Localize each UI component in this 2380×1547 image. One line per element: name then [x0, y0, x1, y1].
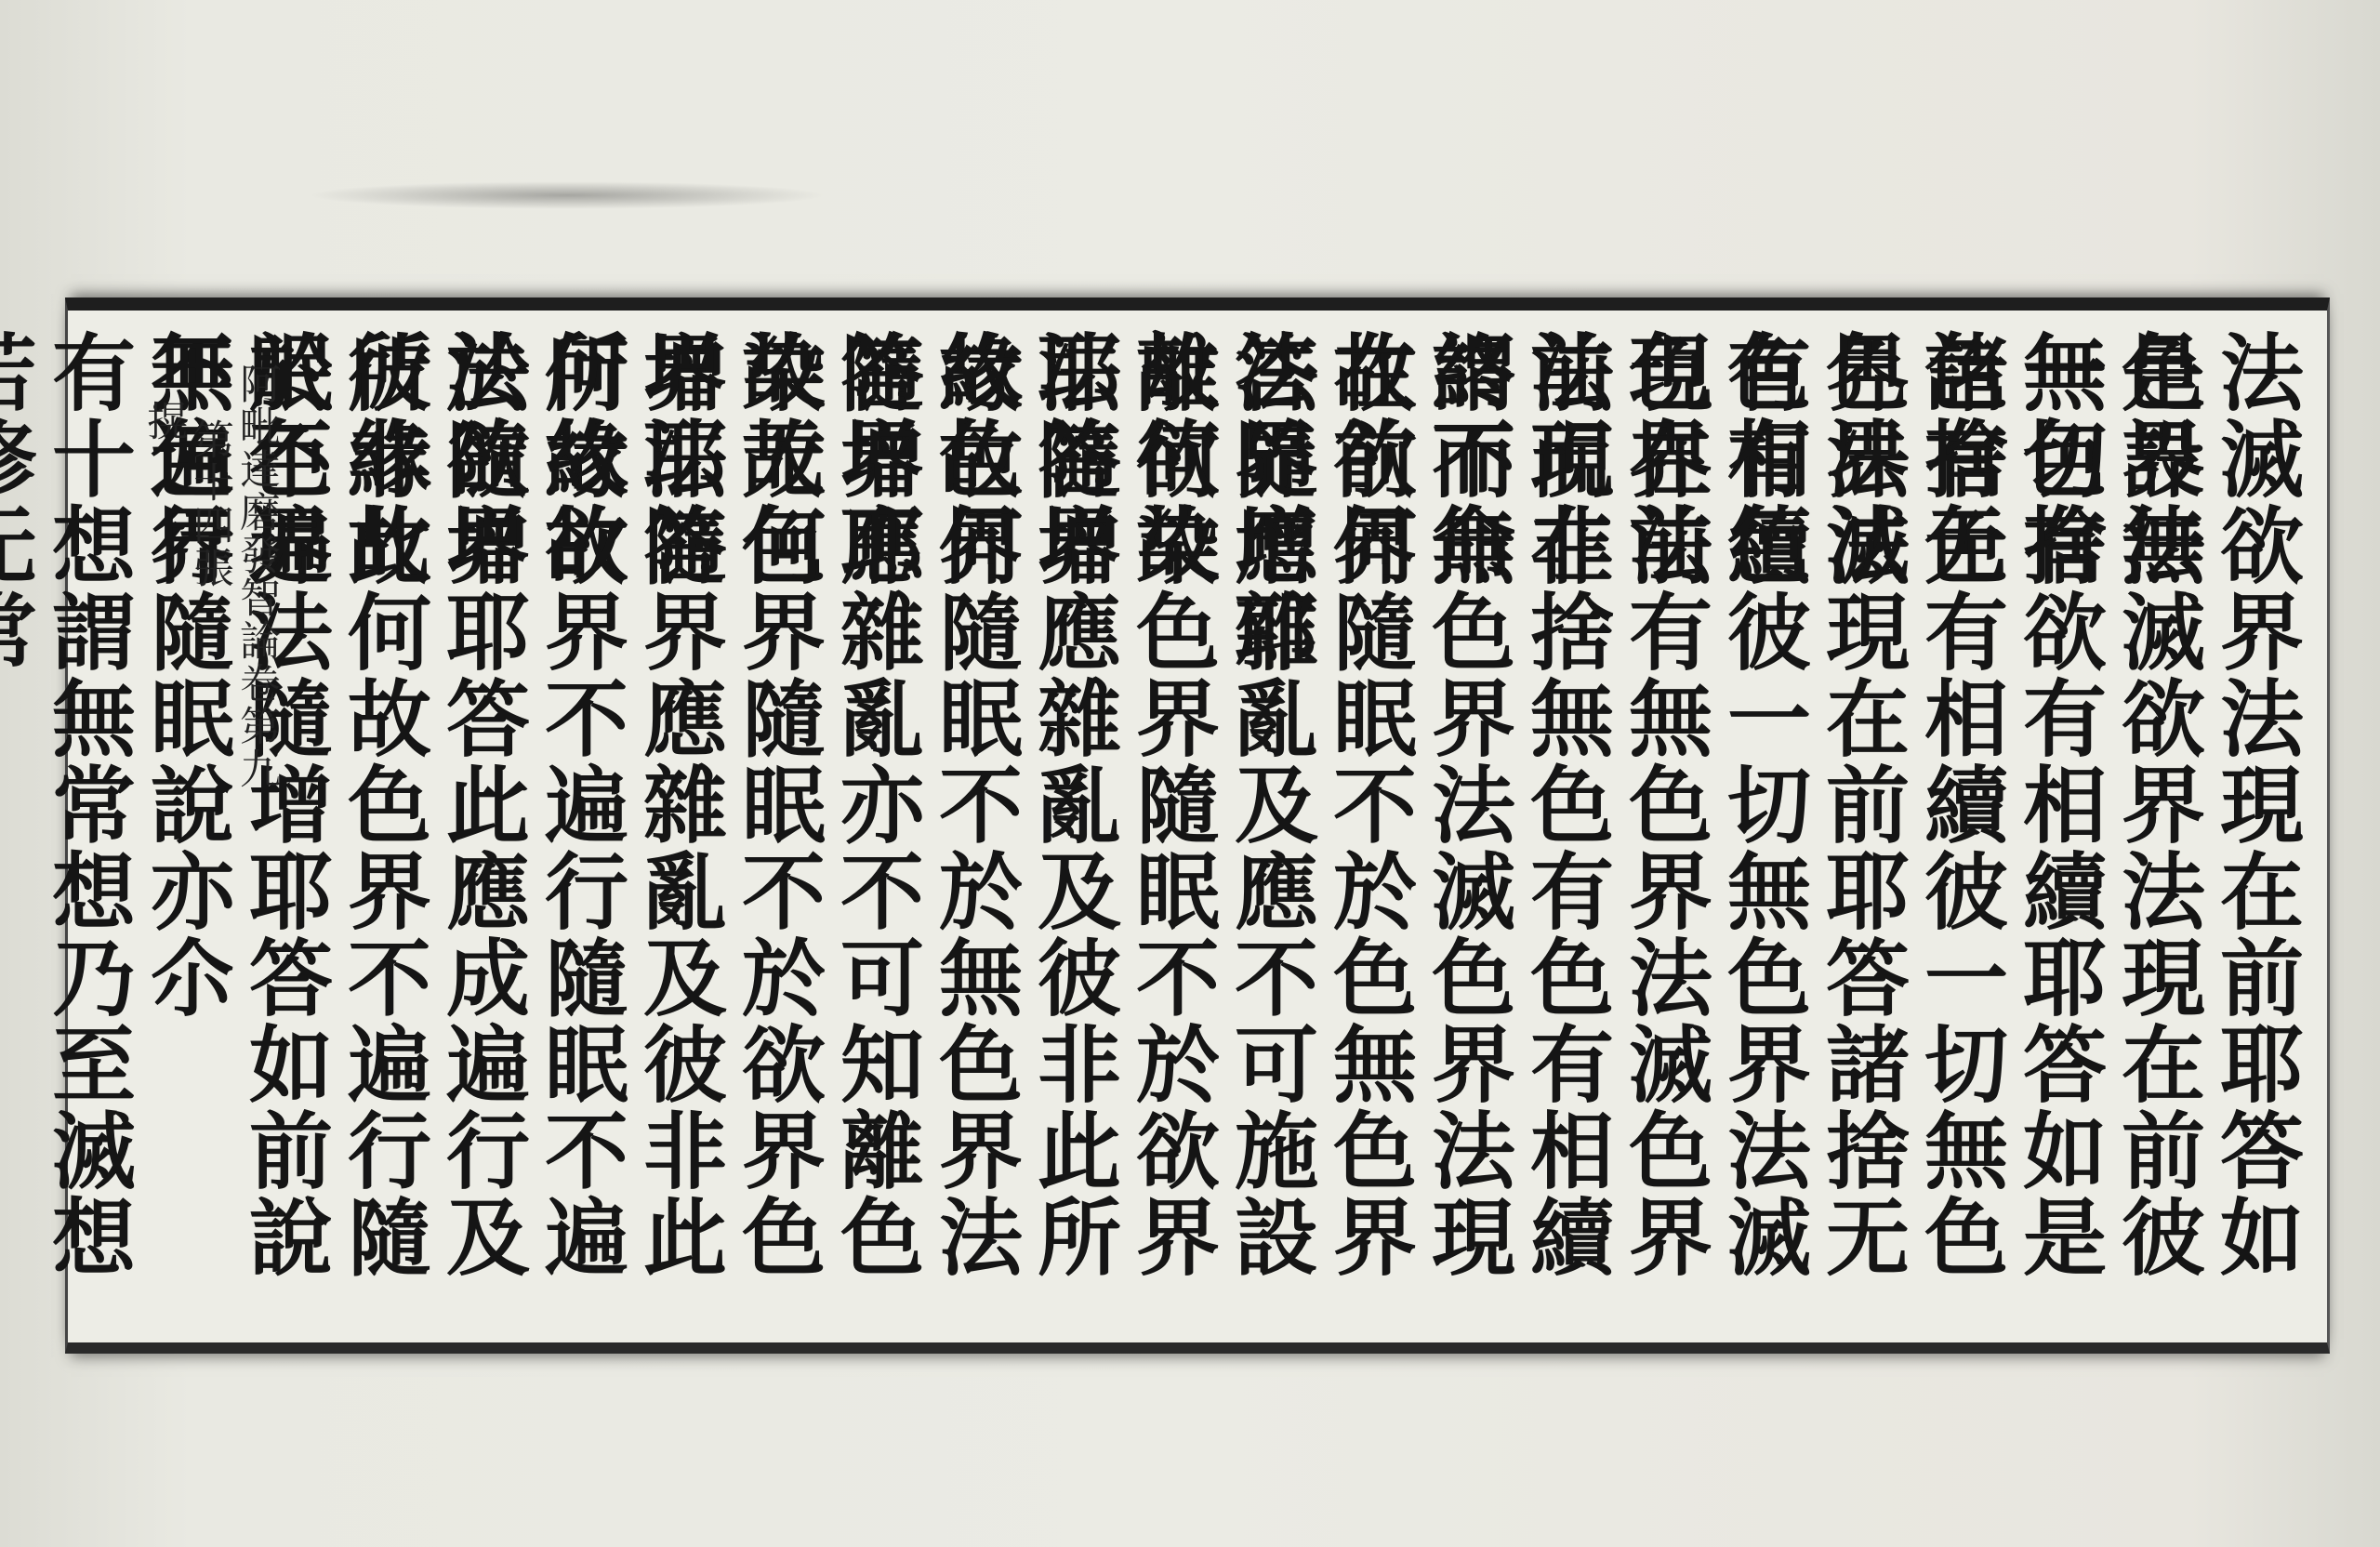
printed-block-frame: 法滅欲界法現在前耶答如是設無 色界法滅欲界法現在前彼一切捨 無色有欲有相續耶答如…: [65, 297, 2330, 1354]
colophon-page-number: 第十四張: [186, 418, 232, 790]
text-columns: 法滅欲界法現在前耶答如是設無 色界法滅欲界法現在前彼一切捨 無色有欲有相續耶答如…: [37, 329, 2304, 1324]
colophon-title: 阿毗達磨發智論卷第九: [232, 363, 279, 790]
text-column: 有十想謂無常想乃至滅想若修无常: [37, 329, 136, 1324]
ink-smudge: [307, 181, 827, 209]
text-column: 法滅欲界法現在前耶答如是設無: [2205, 329, 2304, 1324]
scanned-page: 法滅欲界法現在前耶答如是設無 色界法滅欲界法現在前彼一切捨 無色有欲有相續耶答如…: [0, 0, 2380, 1547]
colophon-carver: 㨪: [139, 400, 186, 790]
colophon: 阿毗達磨發智論卷第九 第十四張 㨪: [139, 363, 279, 790]
